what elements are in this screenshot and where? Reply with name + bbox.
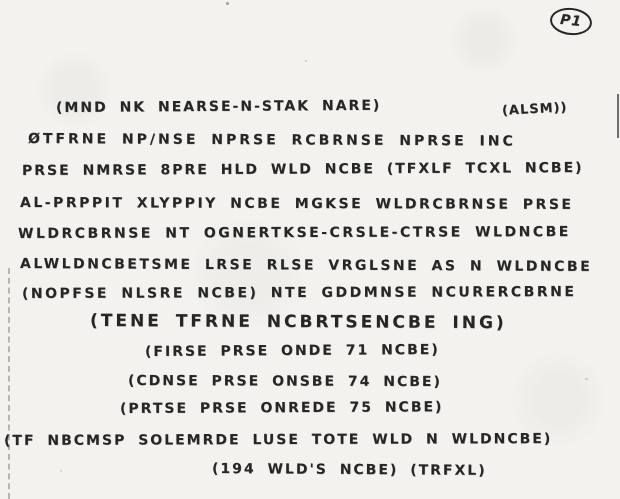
cipher-line-3: PRSE NMRSE 8PRE HLD WLD NCBE (TFXLF TCXL… [22,160,584,179]
page-right-edge-artifact [617,94,619,138]
cipher-line-10: (CDNSE PRSE ONSBE 74 NCBE) [128,373,442,390]
paper-speck [585,378,588,380]
cipher-line-5: WLDRCBRNSE NT OGNERTKSE-CRSLE-CTRSE WLDN… [18,224,571,242]
cipher-line-7: (NOPFSE NLSRE NCBE) NTE GDDMNSE NCURERCB… [22,284,576,302]
cipher-line-9: (FIRSE PRSE ONDE 71 NCBE) [145,342,440,360]
page-left-edge-artifact [8,268,10,499]
cipher-line-13: (194 WLD'S NCBE) (TRFXL) [212,461,487,479]
paper-speck [226,2,229,5]
cipher-line-8: (TENE TFRNE NCBRTSENCBE ING) [90,311,507,333]
paper-speck [305,60,307,62]
cipher-line-6: ALWLDNCBETSME LRSE RLSE VRGLSNE AS N WLD… [20,256,592,275]
margin-annotation: (ALSM)) [502,100,568,118]
cipher-line-1: (MND NK NEARSE-N-STAK NARE) [56,98,381,116]
cipher-line-11: (PRTSE PRSE ONREDE 75 NCBE) [120,399,444,417]
cipher-line-4: AL-PRPPIT XLYPPIY NCBE MGKSE WLDRCBRNSE … [20,195,574,213]
cipher-line-12: (TF NBCMSP SOLEMRDE LUSE TOTE WLD N WLDN… [4,431,552,449]
page-number-badge: P1 [549,6,594,37]
scanned-note-page: P1 (MND NK NEARSE-N-STAK NARE) (ALSM)) Ø… [0,0,620,499]
cipher-line-2: ØTFRNE NP/NSE NPRSE RCBRNSE NPRSE INC [28,131,516,150]
paper-speck [60,470,62,472]
